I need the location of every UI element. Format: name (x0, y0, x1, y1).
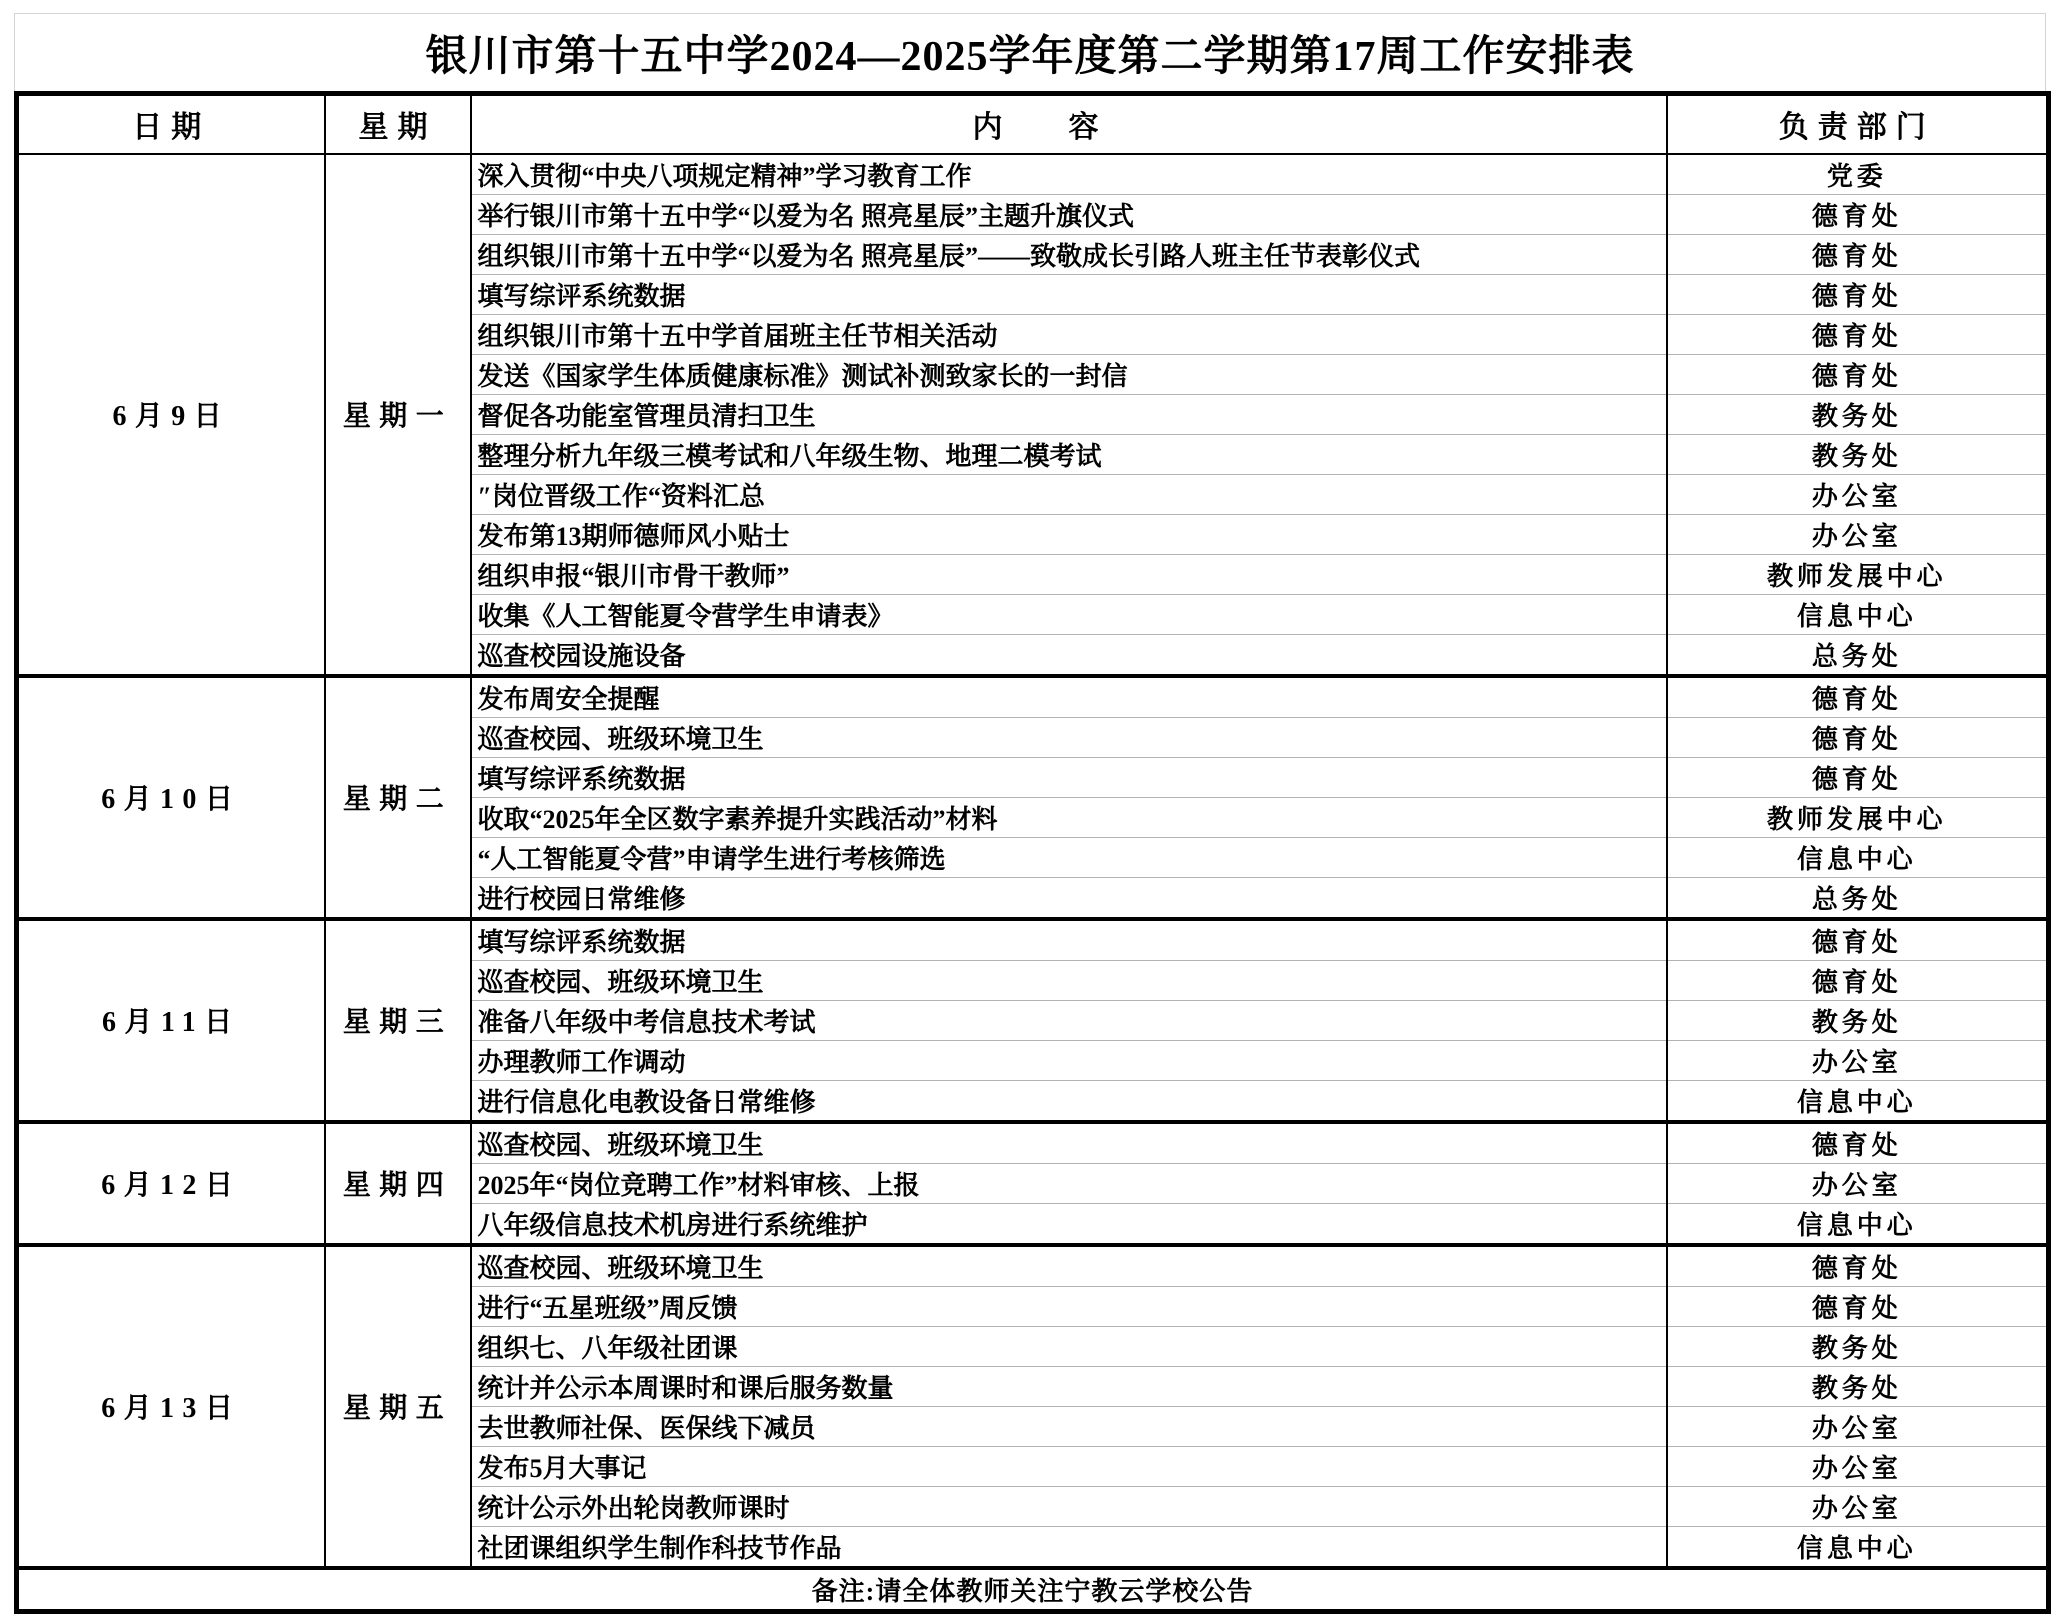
schedule-table: 日期 星期 内容 负责部门 6月9日星期一深入贯彻“中央八项规定精神”学习教育工… (14, 91, 2051, 1614)
dept-cell: 教师发展中心 (1667, 554, 2049, 594)
content-cell: 收集《人工智能夏令营学生申请表》 (471, 594, 1667, 634)
content-cell: 2025年“岗位竞聘工作”材料审核、上报 (471, 1163, 1667, 1203)
table-row: 6月11日星期三填写综评系统数据德育处 (17, 919, 2049, 961)
dept-cell: 德育处 (1667, 1245, 2049, 1287)
dept-cell: 信息中心 (1667, 837, 2049, 877)
dept-cell: 信息中心 (1667, 1526, 2049, 1568)
dept-cell: 总务处 (1667, 877, 2049, 919)
column-header-week: 星期 (325, 94, 471, 154)
content-cell: 发布第13期师德师风小贴士 (471, 514, 1667, 554)
content-cell: 巡查校园、班级环境卫生 (471, 1245, 1667, 1287)
content-cell: 发布周安全提醒 (471, 676, 1667, 718)
dept-cell: 德育处 (1667, 1286, 2049, 1326)
dept-cell: 办公室 (1667, 1486, 2049, 1526)
dept-cell: 办公室 (1667, 1163, 2049, 1203)
dept-cell: 办公室 (1667, 474, 2049, 514)
dept-cell: 德育处 (1667, 354, 2049, 394)
content-cell: 深入贯彻“中央八项规定精神”学习教育工作 (471, 154, 1667, 195)
dept-cell: 教师发展中心 (1667, 797, 2049, 837)
dept-cell: 德育处 (1667, 717, 2049, 757)
dept-cell: 德育处 (1667, 314, 2049, 354)
content-cell: 准备八年级中考信息技术考试 (471, 1000, 1667, 1040)
dept-cell: 信息中心 (1667, 594, 2049, 634)
dept-cell: 德育处 (1667, 676, 2049, 718)
content-cell: 巡查校园、班级环境卫生 (471, 717, 1667, 757)
dept-cell: 德育处 (1667, 234, 2049, 274)
content-cell: 去世教师社保、医保线下减员 (471, 1406, 1667, 1446)
content-cell: 社团课组织学生制作科技节作品 (471, 1526, 1667, 1568)
dept-cell: 德育处 (1667, 194, 2049, 234)
content-cell: 进行“五星班级”周反馈 (471, 1286, 1667, 1326)
dept-cell: 教务处 (1667, 1326, 2049, 1366)
date-cell: 6月12日 (17, 1122, 325, 1245)
content-cell: 收取“2025年全区数字素养提升实践活动”材料 (471, 797, 1667, 837)
content-cell: 组织银川市第十五中学首届班主任节相关活动 (471, 314, 1667, 354)
content-cell: 举行银川市第十五中学“以爱为名 照亮星辰”主题升旗仪式 (471, 194, 1667, 234)
content-cell: 填写综评系统数据 (471, 757, 1667, 797)
date-cell: 6月10日 (17, 676, 325, 919)
column-header-dept: 负责部门 (1667, 94, 2049, 154)
page-title: 银川市第十五中学2024—2025学年度第二学期第17周工作安排表 (14, 13, 2046, 91)
content-cell: 组织银川市第十五中学“以爱为名 照亮星辰”——致敬成长引路人班主任节表彰仪式 (471, 234, 1667, 274)
dept-cell: 教务处 (1667, 394, 2049, 434)
dept-cell: 德育处 (1667, 1122, 2049, 1164)
table-row: 6月10日星期二发布周安全提醒德育处 (17, 676, 2049, 718)
schedule-body: 6月9日星期一深入贯彻“中央八项规定精神”学习教育工作党委举行银川市第十五中学“… (17, 154, 2049, 1568)
week-cell: 星期五 (325, 1245, 471, 1568)
date-cell: 6月9日 (17, 154, 325, 676)
column-header-content: 内容 (471, 94, 1667, 154)
date-cell: 6月13日 (17, 1245, 325, 1568)
week-cell: 星期二 (325, 676, 471, 919)
dept-cell: 教务处 (1667, 434, 2049, 474)
content-cell: 组织七、八年级社团课 (471, 1326, 1667, 1366)
content-cell: 发布5月大事记 (471, 1446, 1667, 1486)
dept-cell: 教务处 (1667, 1000, 2049, 1040)
dept-cell: 德育处 (1667, 274, 2049, 314)
week-cell: 星期一 (325, 154, 471, 676)
dept-cell: 办公室 (1667, 1406, 2049, 1446)
dept-cell: 总务处 (1667, 634, 2049, 676)
footer-note: 备注:请全体教师关注宁教云学校公告 (17, 1568, 2049, 1612)
header-row: 日期 星期 内容 负责部门 (17, 94, 2049, 154)
dept-cell: 办公室 (1667, 514, 2049, 554)
table-row: 6月9日星期一深入贯彻“中央八项规定精神”学习教育工作党委 (17, 154, 2049, 195)
dept-cell: 德育处 (1667, 960, 2049, 1000)
content-cell: 巡查校园、班级环境卫生 (471, 1122, 1667, 1164)
dept-cell: 德育处 (1667, 919, 2049, 961)
content-cell: 统计公示外出轮岗教师课时 (471, 1486, 1667, 1526)
week-cell: 星期四 (325, 1122, 471, 1245)
column-header-date: 日期 (17, 94, 325, 154)
table-footer: 备注:请全体教师关注宁教云学校公告 (17, 1568, 2049, 1612)
dept-cell: 信息中心 (1667, 1080, 2049, 1122)
dept-cell: 党委 (1667, 154, 2049, 195)
table-row: 6月13日星期五巡查校园、班级环境卫生德育处 (17, 1245, 2049, 1287)
dept-cell: 德育处 (1667, 757, 2049, 797)
date-cell: 6月11日 (17, 919, 325, 1122)
table-row: 6月12日星期四巡查校园、班级环境卫生德育处 (17, 1122, 2049, 1164)
content-cell: 整理分析九年级三模考试和八年级生物、地理二模考试 (471, 434, 1667, 474)
dept-cell: 办公室 (1667, 1040, 2049, 1080)
content-cell: 组织申报“银川市骨干教师” (471, 554, 1667, 594)
content-cell: 填写综评系统数据 (471, 274, 1667, 314)
content-cell: 八年级信息技术机房进行系统维护 (471, 1203, 1667, 1245)
content-cell: 进行信息化电教设备日常维修 (471, 1080, 1667, 1122)
content-cell: 巡查校园、班级环境卫生 (471, 960, 1667, 1000)
table-header: 日期 星期 内容 负责部门 (17, 94, 2049, 154)
content-cell: 巡查校园设施设备 (471, 634, 1667, 676)
content-cell: 进行校园日常维修 (471, 877, 1667, 919)
content-cell: “人工智能夏令营”申请学生进行考核筛选 (471, 837, 1667, 877)
dept-cell: 信息中心 (1667, 1203, 2049, 1245)
content-cell: ″岗位晋级工作“资料汇总 (471, 474, 1667, 514)
work-schedule-page: 银川市第十五中学2024—2025学年度第二学期第17周工作安排表 日期 星期 … (0, 0, 2060, 1618)
footer-row: 备注:请全体教师关注宁教云学校公告 (17, 1568, 2049, 1612)
week-cell: 星期三 (325, 919, 471, 1122)
dept-cell: 办公室 (1667, 1446, 2049, 1486)
content-cell: 统计并公示本周课时和课后服务数量 (471, 1366, 1667, 1406)
content-cell: 督促各功能室管理员清扫卫生 (471, 394, 1667, 434)
content-cell: 发送《国家学生体质健康标准》测试补测致家长的一封信 (471, 354, 1667, 394)
dept-cell: 教务处 (1667, 1366, 2049, 1406)
content-cell: 填写综评系统数据 (471, 919, 1667, 961)
content-cell: 办理教师工作调动 (471, 1040, 1667, 1080)
